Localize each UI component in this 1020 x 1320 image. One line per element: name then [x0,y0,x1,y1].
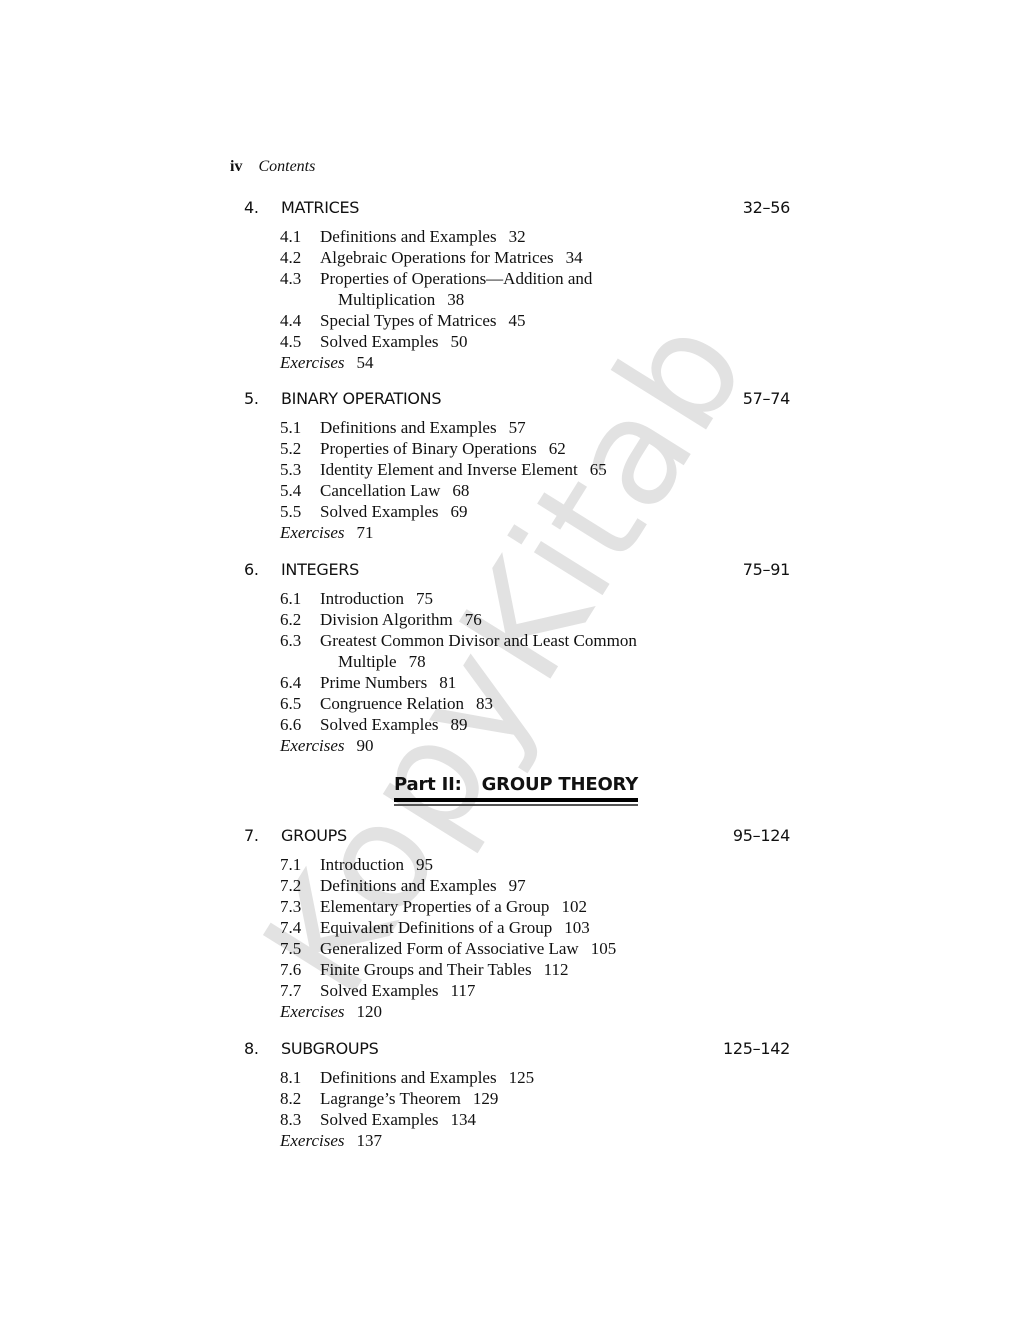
section-number: 4.3 [280,268,320,289]
running-head: iv Contents [230,158,315,176]
exercises-label: Exercises [280,523,345,542]
section-page: 68 [452,481,469,500]
section-title: Solved Examples [320,715,439,734]
section-page: 76 [465,610,482,629]
section-page: 78 [409,652,426,671]
section-entry[interactable]: 5.2Properties of Binary Operations62 [280,438,790,459]
section-entry[interactable]: 6.6Solved Examples89 [280,714,790,735]
chapter-page-range: 75–91 [743,560,790,579]
section-page: 38 [447,290,464,309]
section-list: 4.1Definitions and Examples324.2Algebrai… [244,226,790,373]
section-title: Solved Examples [320,332,439,351]
section-page: 50 [451,332,468,351]
section-page: 95 [416,855,433,874]
section-entry[interactable]: 6.1Introduction75 [280,588,790,609]
section-title: Properties of Operations—Addition and [320,269,592,288]
section-number: 6.3 [280,630,320,651]
section-entry[interactable]: 8.2Lagrange’s Theorem129 [280,1088,790,1109]
section-entry[interactable]: Multiplication38 [280,289,790,310]
section-number: 6.2 [280,609,320,630]
section-page: 81 [439,673,456,692]
chapter-title: SUBGROUPS [281,1039,379,1058]
exercises-page: 90 [357,736,374,755]
section-title: Congruence Relation [320,694,464,713]
section-title: Division Algorithm [320,610,453,629]
section-page: 129 [473,1089,499,1108]
section-title: Multiple [338,652,397,671]
section-number: 5.3 [280,459,320,480]
section-number: 4.5 [280,331,320,352]
section-title: Generalized Form of Associative Law [320,939,579,958]
section-page: 83 [476,694,493,713]
section-entry[interactable]: 6.3Greatest Common Divisor and Least Com… [280,630,790,651]
section-title: Multiplication [338,290,435,309]
chapter-title: INTEGERS [281,560,359,579]
section-entry[interactable]: 8.3Solved Examples134 [280,1109,790,1130]
section-entry[interactable]: 6.4Prime Numbers81 [280,672,790,693]
exercises-entry[interactable]: Exercises54 [280,352,790,373]
section-title: Identity Element and Inverse Element [320,460,578,479]
exercises-label: Exercises [280,736,345,755]
chapter-page-range: 32–56 [743,198,790,217]
section-page: 45 [508,311,525,330]
section-title: Solved Examples [320,502,439,521]
section-entry[interactable]: 7.5Generalized Form of Associative Law10… [280,938,790,959]
running-head-title: Contents [258,158,315,175]
section-entry[interactable]: 4.5Solved Examples50 [280,331,790,352]
section-number: 7.1 [280,854,320,875]
section-entry[interactable]: 7.6Finite Groups and Their Tables112 [280,959,790,980]
section-entry[interactable]: 4.3Properties of Operations—Addition and [280,268,790,289]
section-number: 6.4 [280,672,320,693]
section-title: Introduction [320,589,404,608]
part-title: GROUP THEORY [482,774,638,795]
section-number: 8.2 [280,1088,320,1109]
page-number: iv [230,158,242,175]
section-page: 62 [549,439,566,458]
section-page: 97 [509,876,526,895]
section-entry[interactable]: 8.1Definitions and Examples125 [280,1067,790,1088]
section-title: Definitions and Examples [320,876,497,895]
chapter-number: 8. [244,1039,259,1058]
chapter-entry: 4.MATRICES32–564.1Definitions and Exampl… [244,198,790,373]
section-page: 125 [509,1068,535,1087]
part-rule-thick [394,798,638,802]
exercises-page: 120 [357,1002,383,1021]
section-number: 7.5 [280,938,320,959]
section-title: Prime Numbers [320,673,427,692]
section-title: Solved Examples [320,1110,439,1129]
section-number: 7.6 [280,959,320,980]
chapter-entry: 5.BINARY OPERATIONS57–745.1Definitions a… [244,389,790,543]
section-page: 65 [590,460,607,479]
section-entry[interactable]: Multiple78 [280,651,790,672]
contents-page: iv Contents 4.MATRICES32–564.1Definition… [0,0,1020,1320]
exercises-page: 137 [357,1131,383,1150]
section-number: 8.1 [280,1067,320,1088]
chapter-number: 7. [244,826,259,845]
section-number: 5.1 [280,417,320,438]
section-number: 7.3 [280,896,320,917]
section-entry[interactable]: 6.2Division Algorithm76 [280,609,790,630]
section-page: 32 [509,227,526,246]
chapter-heading[interactable]: 4.MATRICES32–56 [244,198,790,220]
chapter-number: 6. [244,560,259,579]
section-number: 4.2 [280,247,320,268]
section-list: 6.1Introduction756.2Division Algorithm76… [244,588,790,756]
section-page: 105 [591,939,617,958]
section-title: Solved Examples [320,981,439,1000]
chapter-title: MATRICES [281,198,359,217]
section-entry[interactable]: 7.4Equivalent Definitions of a Group103 [280,917,790,938]
section-list: 8.1Definitions and Examples1258.2Lagrang… [244,1067,790,1151]
section-entry[interactable]: 7.3Elementary Properties of a Group102 [280,896,790,917]
chapter-heading[interactable]: 8.SUBGROUPS125–142 [244,1039,790,1061]
section-page: 69 [451,502,468,521]
section-entry[interactable]: 7.2Definitions and Examples97 [280,875,790,896]
part-rule-thin [394,804,638,806]
exercises-entry[interactable]: Exercises120 [280,1001,790,1022]
section-title: Equivalent Definitions of a Group [320,918,552,937]
section-page: 134 [451,1110,477,1129]
section-title: Cancellation Law [320,481,440,500]
chapter-page-range: 125–142 [723,1039,790,1058]
section-entry[interactable]: 4.2Algebraic Operations for Matrices34 [280,247,790,268]
section-entry[interactable]: 4.1Definitions and Examples32 [280,226,790,247]
chapter-title: BINARY OPERATIONS [281,389,441,408]
section-number: 7.4 [280,917,320,938]
section-number: 7.2 [280,875,320,896]
section-number: 5.2 [280,438,320,459]
section-number: 4.1 [280,226,320,247]
chapter-heading[interactable]: 5.BINARY OPERATIONS57–74 [244,389,790,411]
section-entry[interactable]: 7.7Solved Examples117 [280,980,790,1001]
section-number: 4.4 [280,310,320,331]
section-list: 7.1Introduction957.2Definitions and Exam… [244,854,790,1022]
section-title: Algebraic Operations for Matrices [320,248,554,267]
exercises-entry[interactable]: Exercises90 [280,735,790,756]
section-title: Elementary Properties of a Group [320,897,549,916]
section-number: 8.3 [280,1109,320,1130]
section-number: 7.7 [280,980,320,1001]
section-number: 5.5 [280,501,320,522]
section-entry[interactable]: 7.1Introduction95 [280,854,790,875]
section-page: 75 [416,589,433,608]
section-page: 102 [561,897,587,916]
section-page: 117 [451,981,476,1000]
section-title: Special Types of Matrices [320,311,496,330]
section-page: 89 [451,715,468,734]
section-number: 6.6 [280,714,320,735]
chapter-title: GROUPS [281,826,347,845]
part-label: Part II: [394,774,462,795]
section-entry[interactable]: 5.5Solved Examples69 [280,501,790,522]
section-title: Definitions and Examples [320,227,497,246]
exercises-entry[interactable]: Exercises137 [280,1130,790,1151]
section-title: Finite Groups and Their Tables [320,960,532,979]
section-number: 6.5 [280,693,320,714]
section-entry[interactable]: 5.4Cancellation Law68 [280,480,790,501]
chapter-page-range: 57–74 [743,389,790,408]
section-page: 112 [544,960,569,979]
section-entry[interactable]: 5.1Definitions and Examples57 [280,417,790,438]
chapter-entry: 6.INTEGERS75–916.1Introduction756.2Divis… [244,560,790,756]
section-list: 5.1Definitions and Examples575.2Properti… [244,417,790,543]
section-title: Introduction [320,855,404,874]
exercises-label: Exercises [280,1131,345,1150]
exercises-label: Exercises [280,353,345,372]
section-page: 34 [566,248,583,267]
exercises-entry[interactable]: Exercises71 [280,522,790,543]
section-title: Greatest Common Divisor and Least Common [320,631,637,650]
chapter-number: 4. [244,198,259,217]
part-heading: Part II:GROUP THEORY [394,774,638,806]
chapter-number: 5. [244,389,259,408]
chapter-heading[interactable]: 7.GROUPS95–124 [244,826,790,848]
chapter-entry: 7.GROUPS95–1247.1Introduction957.2Defini… [244,826,790,1022]
section-number: 6.1 [280,588,320,609]
chapter-page-range: 95–124 [733,826,790,845]
section-title: Definitions and Examples [320,418,497,437]
section-entry[interactable]: 6.5Congruence Relation83 [280,693,790,714]
section-entry[interactable]: 5.3Identity Element and Inverse Element6… [280,459,790,480]
section-number: 5.4 [280,480,320,501]
section-title: Definitions and Examples [320,1068,497,1087]
section-title: Lagrange’s Theorem [320,1089,461,1108]
section-page: 103 [564,918,590,937]
exercises-page: 54 [357,353,374,372]
exercises-label: Exercises [280,1002,345,1021]
chapter-heading[interactable]: 6.INTEGERS75–91 [244,560,790,582]
exercises-page: 71 [357,523,374,542]
section-entry[interactable]: 4.4Special Types of Matrices45 [280,310,790,331]
section-title: Properties of Binary Operations [320,439,537,458]
chapter-entry: 8.SUBGROUPS125–1428.1Definitions and Exa… [244,1039,790,1151]
section-page: 57 [509,418,526,437]
